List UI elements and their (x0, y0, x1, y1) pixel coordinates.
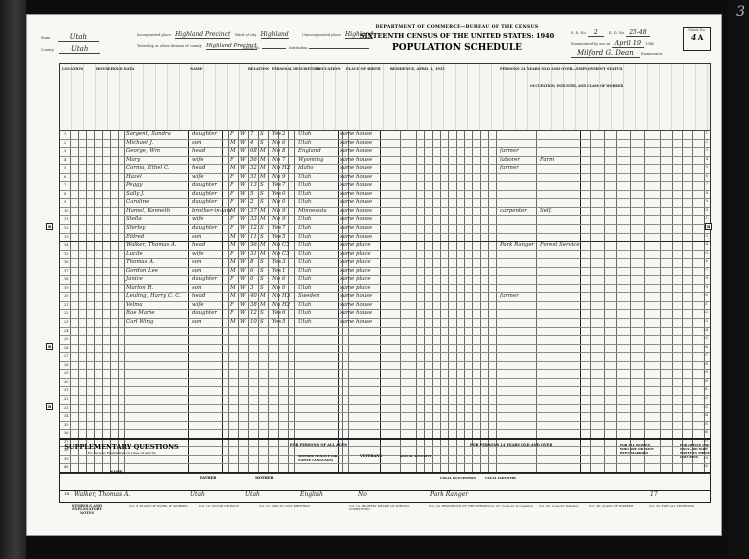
cell-birthplace: Utah (298, 199, 311, 206)
cell-race: W (240, 208, 246, 215)
line-number-right: 22 (704, 310, 708, 314)
cell-grade: 7 (282, 182, 285, 189)
cell-name: Leuling, Harry C. C. (126, 293, 181, 300)
title-block: DEPARTMENT OF COMMERCE—BUREAU OF THE CEN… (357, 25, 557, 53)
line-number-right: 15 (704, 251, 708, 255)
table-row: 10Hamel, Kennethbrother-in-lawMW37MNo9Mi… (60, 208, 710, 217)
township-field: Township or other division of county Hig… (137, 43, 257, 49)
cell-birthplace: Utah (298, 216, 311, 223)
cell-race: W (240, 165, 246, 172)
table-row: 3535 (60, 422, 710, 431)
incorporated-place-value: Highland Precinct (175, 31, 230, 39)
census-page: State Utah County Utah Incorporated plac… (26, 14, 722, 536)
cell-relation: daughter (192, 199, 217, 206)
line-number-right: 28 (704, 362, 708, 366)
cell-age: 31 (250, 251, 257, 258)
census-title: SIXTEENTH CENSUS OF THE UNITED STATES: 1… (357, 32, 557, 40)
cell-birthplace: Utah (298, 276, 311, 283)
cell-relation: daughter (192, 276, 217, 283)
cell-age: 38 (250, 302, 257, 309)
cell-line: 21 (64, 302, 68, 309)
cell-residence-1935: same place (340, 268, 371, 275)
cell-name: Lucile (126, 251, 143, 258)
cell-grade: 6 (282, 310, 285, 317)
cell-sex: M (230, 242, 236, 249)
cell-birthplace: Minnesota (298, 208, 327, 215)
cell-industry: Farm (540, 157, 554, 164)
county-value: Utah (59, 45, 100, 54)
table-row: 17Gordon LeesonMW6SYes1Utahsame place17 (60, 268, 710, 277)
table-row: 2929 (60, 370, 710, 379)
margin-stamp: R (46, 223, 53, 230)
scan-border-left (0, 0, 26, 559)
cell-line: 34 (64, 413, 68, 420)
cell-residence-1935: same house (340, 302, 372, 309)
cell-relation: son (192, 259, 201, 266)
line-number-right: 10 (704, 208, 708, 212)
cell-line: 3 (64, 148, 66, 155)
line-number-right: 30 (704, 379, 708, 383)
cell-industry: Forest Service (540, 242, 580, 249)
cell-race: W (240, 225, 246, 232)
cell-marital: S (260, 259, 264, 266)
cell-sex: M (230, 208, 236, 215)
cell-sex: M (230, 319, 236, 326)
cell-age: 13 (250, 182, 257, 189)
table-row: 19Marlon R.sonMW3SNo0Utahsame place19 (60, 285, 710, 294)
margin-stamp: R (46, 403, 53, 410)
cell-age: 2 (250, 199, 253, 206)
cell-grade: H3 (282, 293, 290, 300)
cell-line: 31 (64, 387, 68, 394)
cell-race: W (240, 293, 246, 300)
cell-sex: M (230, 234, 236, 241)
cell-marital: M (260, 165, 266, 172)
line-number-right: 23 (704, 319, 708, 323)
cell-school: Yes (272, 310, 281, 317)
line-number-right: 11 (704, 216, 708, 220)
supp-name: Walker, Thomas A. (74, 491, 130, 498)
cell-line: 36 (64, 430, 68, 437)
state-value: Utah (58, 33, 99, 42)
table-row: 22Rae MariedaughterFW12SYes6Utahsame hou… (60, 310, 710, 319)
cell-age: 0 (250, 276, 253, 283)
cell-name: Shirley (126, 225, 145, 232)
cell-school: No (272, 302, 280, 309)
cell-marital: M (260, 148, 266, 155)
cell-line: 7 (64, 182, 66, 189)
cell-name: Sally J. (126, 191, 145, 198)
cell-relation: daughter (192, 191, 217, 198)
cell-birthplace: Utah (298, 131, 311, 138)
cell-line: 4 (64, 157, 66, 164)
cell-residence-1935: same house (340, 293, 372, 300)
line-number-right: 19 (704, 285, 708, 289)
cell-line: 9 (64, 199, 66, 206)
cell-line: 18 (64, 276, 68, 283)
cell-relation: wife (192, 251, 204, 258)
cell-school: No (272, 174, 280, 181)
cell-residence-1935: same house (340, 216, 372, 223)
cell-line: 35 (64, 422, 68, 429)
cell-grade: 7 (282, 157, 285, 164)
cell-age: 40 (250, 293, 257, 300)
cell-birthplace: Utah (298, 234, 311, 241)
cell-line: 33 (64, 405, 68, 412)
cell-birthplace: Utah (298, 191, 311, 198)
cell-sex: M (230, 285, 236, 292)
cell-occupation: carpenter (500, 208, 527, 215)
cell-sex: F (230, 310, 234, 317)
cell-school: No (272, 140, 280, 147)
line-number-right: 27 (704, 353, 708, 357)
cell-relation: head (192, 148, 205, 155)
cell-relation: wife (192, 216, 204, 223)
supplementary-title: SUPPLEMENTARY QUESTIONS For Persons Enum… (64, 443, 179, 455)
cell-name: Gordon Lee (126, 268, 158, 275)
explanatory-notes: SYMBOLS AND EXPLANATORY NOTES Col. 4. PL… (59, 503, 709, 531)
supp-mother-tongue: English (300, 491, 323, 498)
cell-name: Eldred (126, 234, 144, 241)
cell-line: 22 (64, 310, 68, 317)
cell-school: Yes (272, 182, 281, 189)
cell-birthplace: Wyoming (298, 157, 323, 164)
cell-name: Rae Marie (126, 310, 155, 317)
cell-school: Yes (272, 319, 281, 326)
cell-line: 29 (64, 370, 68, 377)
table-row: 7PeggydaughterFW13SYes7Utahsame house7 (60, 182, 710, 191)
cell-marital: M (260, 302, 266, 309)
cell-line: 28 (64, 362, 68, 369)
cell-grade: 0 (282, 199, 285, 206)
cell-school: Yes (272, 259, 281, 266)
cell-relation: head (192, 242, 205, 249)
cell-race: W (240, 157, 246, 164)
cell-residence-1935: same house (340, 140, 372, 147)
cell-grade: 5 (282, 234, 285, 241)
cell-line: 32 (64, 396, 68, 403)
cell-line: 2 (64, 140, 66, 147)
cell-marital: M (260, 174, 266, 181)
cell-race: W (240, 234, 246, 241)
cell-school: No (272, 216, 280, 223)
sheet-number-box: Sheet No. 4 A (683, 27, 711, 51)
cell-age: 8 (250, 259, 253, 266)
line-number-right: 31 (704, 387, 708, 391)
table-row: 6HazelwifeFW31MNo9Utahsame house6 (60, 174, 710, 183)
enumerator-field: Milford G. Dean Enumerator (571, 49, 662, 57)
cell-sex: F (230, 157, 234, 164)
cell-sex: M (230, 293, 236, 300)
cell-line: 23 (64, 319, 68, 326)
cell-marital: S (260, 131, 264, 138)
line-number-right: 33 (704, 405, 708, 409)
cell-line: 25 (64, 336, 68, 343)
table-row: 13EldredsonMW11SYes5Utahsame house13 (60, 234, 710, 243)
line-number-right: 2 (706, 140, 708, 144)
cell-school: Yes (272, 225, 281, 232)
cell-school: No (272, 148, 280, 155)
cell-line: 15 (64, 251, 68, 258)
cell-name: Caroline (126, 199, 149, 206)
cell-age: 31 (250, 174, 257, 181)
cell-grade: 0 (282, 191, 285, 198)
cell-line: 11 (64, 216, 68, 223)
cell-sex: F (230, 191, 234, 198)
cell-grade: H2 (282, 302, 290, 309)
cell-age: 11 (250, 234, 257, 241)
cell-age: 36 (250, 242, 257, 249)
cell-race: W (240, 199, 246, 206)
cell-age: 37 (250, 208, 257, 215)
cell-grade: 9 (282, 216, 285, 223)
cell-sex: F (230, 251, 234, 258)
cell-marital: M (260, 157, 266, 164)
cell-sex: F (230, 276, 234, 283)
cell-relation: daughter (192, 131, 217, 138)
cell-birthplace: Utah (298, 140, 311, 147)
table-row: 2424 (60, 328, 710, 337)
cell-grade: H2 (282, 165, 290, 172)
cell-residence-1935: same house (340, 191, 372, 198)
cell-sex: F (230, 131, 234, 138)
cell-school: Yes (272, 268, 281, 275)
cell-name: Cornia, Ethel C. (126, 165, 170, 172)
cell-marital: M (260, 242, 266, 249)
cell-relation: wife (192, 302, 204, 309)
cell-sex: M (230, 268, 236, 275)
table-row: 12ShirleydaughterFW12SYes7Utahsame house… (60, 225, 710, 234)
line-number-right: 18 (704, 276, 708, 280)
cell-sex: F (230, 174, 234, 181)
cell-age: 4 (250, 140, 253, 147)
cell-line: 5 (64, 165, 66, 172)
cell-line: 17 (64, 268, 68, 275)
cell-line: 12 (64, 225, 68, 232)
cell-race: W (240, 148, 246, 155)
cell-name: Peggy (126, 182, 143, 189)
cell-occupation: farmer (500, 165, 519, 172)
line-number-right: 20 (704, 293, 708, 297)
cell-race: W (240, 174, 246, 181)
cell-birthplace: Utah (298, 251, 311, 258)
cell-marital: M (260, 251, 266, 258)
cell-occupation: farmer (500, 293, 519, 300)
table-row: 16Thomas A.sonMW8SYes3Utahsame place16 (60, 259, 710, 268)
ward-value: Highland (261, 31, 289, 39)
enumerated-field: Enumerated by me on April 19 1940 (571, 39, 654, 47)
margin-stamp: R (46, 343, 53, 350)
table-row: 5Cornia, Ethel C.headMW32MNoH2Idahosame … (60, 165, 710, 174)
cell-line: 8 (64, 191, 66, 198)
cell-grade: 9 (282, 208, 285, 215)
cell-line: 24 (64, 328, 68, 335)
table-row: 2525 (60, 336, 710, 345)
cell-occupation: laborer (500, 157, 520, 164)
cell-race: W (240, 310, 246, 317)
cell-line: 1 (64, 131, 66, 138)
line-number-right: 14 (704, 242, 708, 246)
table-row: 9CarolinedaughterFW2SNo0Utahsame house9 (60, 199, 710, 208)
cell-marital: S (260, 276, 264, 283)
cell-name: Sargent, Sandra (126, 131, 171, 138)
cell-line: 13 (64, 234, 68, 241)
cell-school: No (272, 276, 280, 283)
cell-age: 33 (250, 216, 257, 223)
ward-field: Ward of city Highland (235, 31, 289, 38)
sd-field: S. D. No. 2 E. D. No. 25-48 (571, 29, 650, 36)
department-title: DEPARTMENT OF COMMERCE—BUREAU OF THE CEN… (357, 25, 557, 30)
cell-occupation: Park Ranger (500, 242, 534, 249)
cell-sex: M (230, 259, 236, 266)
corner-mark: 3 (736, 4, 745, 20)
cell-marital: S (260, 310, 264, 317)
cell-residence-1935: same house (340, 208, 372, 215)
line-number-right: 21 (704, 302, 708, 306)
cell-age: 12 (250, 225, 257, 232)
line-number-right: 4 (706, 157, 708, 161)
table-row: 14Walker, Thomas A.headMW36MNoC3Utahsame… (60, 242, 710, 251)
cell-relation: head (192, 165, 205, 172)
line-number-right: 32 (704, 396, 708, 400)
cell-marital: S (260, 199, 264, 206)
cell-marital: S (260, 319, 264, 326)
cell-residence-1935: same place (340, 259, 371, 266)
cell-industry: Self. (540, 208, 552, 215)
cell-residence-1935: same place (340, 242, 371, 249)
cell-relation: daughter (192, 310, 217, 317)
cell-race: W (240, 140, 246, 147)
supp-veteran: No (358, 491, 367, 498)
cell-residence-1935: same house (340, 157, 372, 164)
cell-marital: S (260, 225, 264, 232)
supp-father-birthplace: Utah (190, 491, 205, 498)
line-number-right: 9 (706, 199, 708, 203)
table-row: 2Michael J.sonMW4SNo0Utahsame house2 (60, 140, 710, 149)
cell-line: 20 (64, 293, 68, 300)
line-number-right: 6 (706, 174, 708, 178)
cell-race: W (240, 285, 246, 292)
cell-grade: 7 (282, 225, 285, 232)
cell-sex: F (230, 182, 234, 189)
cell-school: No (272, 208, 280, 215)
table-row: 2828 (60, 362, 710, 371)
cell-name: Thomas A. (126, 259, 155, 266)
cell-sex: M (230, 148, 236, 155)
table-row: 2626 (60, 345, 710, 354)
cell-name: Carl Wing (126, 319, 153, 326)
cell-birthplace: Utah (298, 285, 311, 292)
cell-sex: M (230, 165, 236, 172)
line-number-right: 34 (704, 413, 708, 417)
cell-marital: S (260, 182, 264, 189)
cell-name: Hamel, Kenneth (126, 208, 170, 215)
cell-school: No (272, 165, 280, 172)
cell-name: Janice (126, 276, 143, 283)
cell-relation: wife (192, 157, 204, 164)
cell-age: 10 (250, 319, 257, 326)
table-row: 1Sargent, SandradaughterFW7SYes2Utahsame… (60, 131, 710, 140)
table-row: 3333 (60, 405, 710, 414)
cell-grade: C3 (282, 251, 290, 258)
cell-grade: 8 (282, 148, 285, 155)
cell-name: Michael J. (126, 140, 153, 147)
cell-grade: C3 (282, 242, 290, 249)
cell-residence-1935: same house (340, 225, 372, 232)
table-row: 23Carl WingsonMW10SYes5Utahsame house23 (60, 319, 710, 328)
cell-birthplace: Utah (298, 310, 311, 317)
cell-line: 14 (64, 242, 68, 249)
table-row: 11StellawifeFW33MNo9Utahsame house11 (60, 216, 710, 225)
cell-line: 10 (64, 208, 68, 215)
cell-school: No (272, 242, 280, 249)
enumerator-name: Milford G. Dean (571, 49, 640, 58)
cell-school: Yes (272, 131, 281, 138)
line-number-right: 8 (706, 191, 708, 195)
cell-line: 16 (64, 259, 68, 266)
cell-residence-1935: same house (340, 148, 372, 155)
line-number-right: 7 (706, 182, 708, 186)
ed-value: 25-48 (626, 29, 649, 37)
line-number-right: 24 (704, 328, 708, 332)
line-number-right: 35 (704, 422, 708, 426)
cell-relation: son (192, 319, 201, 326)
column-headers: LOCATION HOUSEHOLD DATA NAME RELATION PE… (60, 64, 710, 131)
table-row: 3George, WmheadMW68MNo8Englandsame house… (60, 148, 710, 157)
cell-birthplace: Utah (298, 259, 311, 266)
cell-school: No (272, 251, 280, 258)
cell-school: No (272, 199, 280, 206)
cell-name: Stella (126, 216, 142, 223)
cell-race: W (240, 191, 246, 198)
cell-residence-1935: same house (340, 199, 372, 206)
cell-name: Walker, Thomas A. (126, 242, 177, 249)
census-table: LOCATION HOUSEHOLD DATA NAME RELATION PE… (59, 63, 711, 474)
cell-line: 6 (64, 174, 66, 181)
supp-usual-occupation: Park Ranger (430, 491, 468, 498)
county-field: County Utah (41, 45, 100, 53)
cell-line: 30 (64, 379, 68, 386)
table-row: 3030 (60, 379, 710, 388)
cell-residence-1935: same place (340, 251, 371, 258)
line-number-right: 25 (704, 336, 708, 340)
table-row: 2727 (60, 353, 710, 362)
supplementary-section: SUPPLEMENTARY QUESTIONS For Persons Enum… (59, 438, 711, 503)
cell-sex: F (230, 302, 234, 309)
line-number-right: 3 (706, 148, 708, 152)
cell-name: Velma (126, 302, 143, 309)
table-row: 3232 (60, 396, 710, 405)
cell-residence-1935: same house (340, 319, 372, 326)
cell-birthplace: Idaho (298, 165, 314, 172)
cell-race: W (240, 302, 246, 309)
cell-sex: M (230, 140, 236, 147)
cell-sex: F (230, 216, 234, 223)
cell-birthplace: Utah (298, 302, 311, 309)
cell-relation: son (192, 140, 201, 147)
cell-residence-1935: same house (340, 234, 372, 241)
cell-grade: 0 (282, 140, 285, 147)
cell-age: 3 (250, 285, 253, 292)
cell-residence-1935: same place (340, 276, 371, 283)
line-number-right: 17 (704, 268, 708, 272)
cell-relation: son (192, 234, 201, 241)
cell-birthplace: Utah (298, 225, 311, 232)
cell-relation: daughter (192, 225, 217, 232)
cell-birthplace: Utah (298, 182, 311, 189)
cell-residence-1935: same house (340, 174, 372, 181)
cell-grade: 0 (282, 276, 285, 283)
